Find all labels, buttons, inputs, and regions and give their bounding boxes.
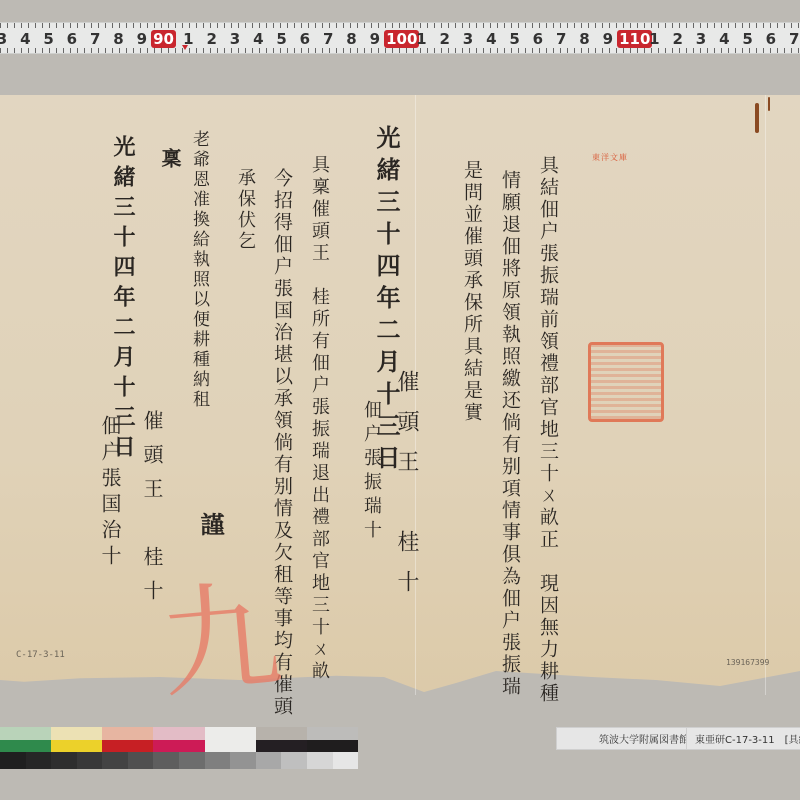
ruler-number: 9 [598, 30, 618, 48]
ruler-number: 6 [761, 30, 781, 48]
color-swatch [51, 752, 77, 769]
color-swatch [0, 740, 51, 752]
ruler-number: 1 [644, 30, 664, 48]
color-swatch [51, 727, 102, 740]
color-swatch [281, 752, 307, 769]
text-column-9: 承保伏乞 [236, 168, 254, 252]
text-column-2: 情願退佃將原領執照繳还倘有别項情事俱為佃户張振瑞 [500, 170, 519, 698]
color-swatch [128, 752, 154, 769]
text-column-1: 具結佃户張振瑞前領禮部官地三十ㄨ畝正 現因無力耕種 [538, 155, 557, 705]
ruler-pointer-icon [182, 45, 188, 50]
ruler-number: 5 [272, 30, 292, 48]
color-swatch [102, 752, 128, 769]
ruler-number: 3 [691, 30, 711, 48]
catalog-number-label: 東亜研C-17-3-11 [具結 [686, 727, 800, 750]
pencil-call-number: C-17-3-11 [16, 650, 65, 660]
color-swatch [256, 752, 282, 769]
ruler-number: 4 [15, 30, 35, 48]
ruler-number: 9 [365, 30, 385, 48]
stain-mark [755, 103, 759, 133]
color-chart-saturated-row [0, 740, 358, 752]
signature-column-4: 佃户張国治十 [100, 415, 120, 571]
text-column-7: 具稟催頭王 桂所有佃户張振瑞退出禮部官地三十ㄨ畝 [310, 155, 328, 683]
library-stamp-text: 東洋文庫 [592, 152, 628, 163]
ruler-number: 6 [62, 30, 82, 48]
color-swatch [205, 727, 256, 740]
ruler-number: 6 [528, 30, 548, 48]
color-chart-pastel-row [0, 727, 358, 740]
text-column-10: 老爺恩准換給執照以便耕種納租 [190, 130, 207, 410]
ruler-number: 4 [714, 30, 734, 48]
ruler-number: 5 [39, 30, 59, 48]
ruler-number: 7 [551, 30, 571, 48]
ruler-number: 8 [109, 30, 129, 48]
signature-column-2: 佃户張振瑞十 [362, 400, 380, 544]
color-swatch [307, 752, 333, 769]
pencil-accession-number: 139167399 [726, 658, 769, 667]
ruler-number: 2 [668, 30, 688, 48]
ruler-number: 9 [132, 30, 152, 48]
ruler-number: 7 [85, 30, 105, 48]
ruler-number: 2 [435, 30, 455, 48]
measuring-ruler: 3456789901234567891001234567891101234567 [0, 22, 800, 54]
color-swatch [333, 752, 359, 769]
color-swatch [153, 740, 204, 752]
text-column-11: 稟 [160, 148, 180, 170]
red-seal [588, 342, 664, 422]
color-swatch [102, 740, 153, 752]
color-swatch [77, 752, 103, 769]
color-swatch [51, 740, 102, 752]
ruler-number: 6 [295, 30, 315, 48]
red-brush-mark: 九 [153, 540, 288, 722]
paper-crease [765, 95, 766, 695]
color-calibration-chart [0, 727, 358, 769]
ruler-number: 4 [481, 30, 501, 48]
ruler-number: 90 [151, 30, 176, 48]
ruler-number: 7 [318, 30, 338, 48]
ruler-number: 7 [784, 30, 800, 48]
color-swatch [205, 752, 231, 769]
color-swatch [256, 727, 307, 740]
color-swatch [230, 752, 256, 769]
stain-mark [768, 97, 770, 111]
color-swatch [307, 740, 358, 752]
color-swatch [0, 727, 51, 740]
color-swatch [0, 752, 26, 769]
ruler-number: 3 [225, 30, 245, 48]
text-column-3: 是問並催頭承保所具結是實 [462, 160, 481, 424]
ruler-number: 5 [738, 30, 758, 48]
color-swatch [179, 752, 205, 769]
ruler-number: 8 [575, 30, 595, 48]
respectfully-char: 謹 [198, 512, 222, 538]
ruler-ticks-bottom [0, 48, 800, 53]
ruler-ticks-top [0, 23, 800, 28]
color-chart-grayscale-row [0, 752, 358, 769]
signature-column-1: 催頭王 桂十 [395, 370, 417, 610]
ruler-number: 3 [0, 30, 12, 48]
ruler-number: 3 [458, 30, 478, 48]
ruler-number: 4 [248, 30, 268, 48]
color-swatch [205, 740, 256, 752]
color-swatch [307, 727, 358, 740]
ruler-number: 8 [342, 30, 362, 48]
ruler-number: 5 [505, 30, 525, 48]
color-swatch [153, 727, 204, 740]
ruler-number: 1 [411, 30, 431, 48]
color-swatch [256, 740, 307, 752]
color-swatch [102, 727, 153, 740]
ruler-number: 2 [202, 30, 222, 48]
color-swatch [26, 752, 52, 769]
color-swatch [153, 752, 179, 769]
